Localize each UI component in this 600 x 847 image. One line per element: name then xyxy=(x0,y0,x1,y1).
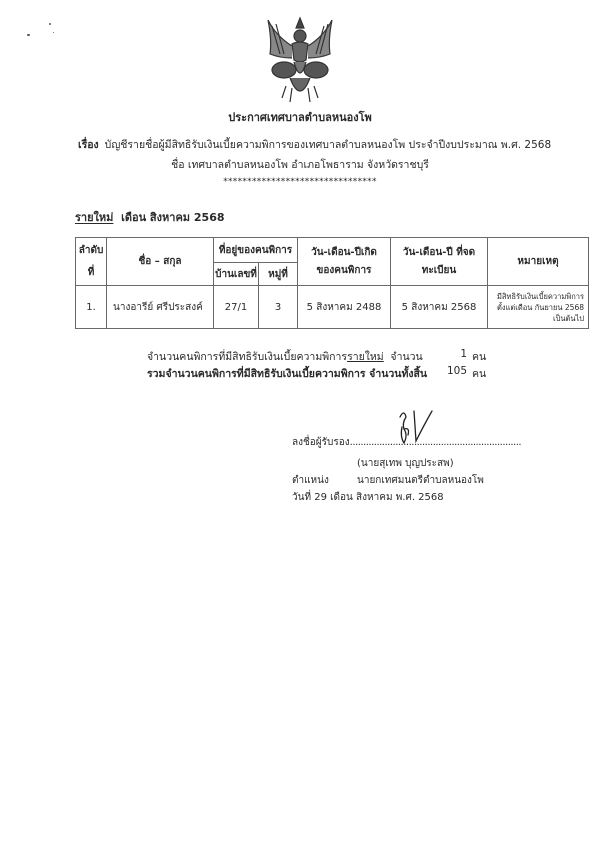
cell-remarks: มีสิทธิรับเงินเบี้ยความพิการ ตั้งแต่เดือ… xyxy=(488,286,589,329)
total-count-label: รวมจำนวนคนพิการที่มีสิทธิรับเงินเบี้ยควา… xyxy=(147,368,427,380)
new-count-unit: คน xyxy=(472,348,486,365)
total-count-line: รวมจำนวนคนพิการที่มีสิทธิรับเงินเบี้ยควา… xyxy=(147,365,497,382)
scan-speck xyxy=(53,32,54,33)
header-seq: ลำดับ ที่ xyxy=(76,238,107,286)
scan-speck xyxy=(27,34,30,36)
scan-speck xyxy=(49,23,51,25)
table-row: 1. นางอารีย์ ศรีประสงค์ 27/1 3 5 สิงหาคม… xyxy=(76,286,589,329)
subject-line: เรื่องบัญชีรายชื่อผู้มีสิทธิรับเงินเบี้ย… xyxy=(78,136,551,153)
sign-dots: ........................................… xyxy=(350,437,521,448)
certifier-name: (นายสุเทพ บุญประสพ) xyxy=(357,456,454,471)
header-birth-date: วัน-เดือน-ปีเกิด ของคนพิการ xyxy=(298,238,391,286)
new-count-underlined: รายใหม่ xyxy=(347,351,384,363)
new-count-value: 1 xyxy=(427,348,467,360)
total-count-value: 105 xyxy=(427,365,467,377)
organization-line: ชื่อ เทศบาลตำบลหนองโพ อำเภอโพธาราม จังหว… xyxy=(0,156,600,173)
new-count-label: จำนวนคนพิการที่มีสิทธิรับเงินเบี้ยความพิ… xyxy=(147,351,347,363)
header-house-no: บ้านเลขที่ xyxy=(214,263,259,286)
header-name: ชื่อ – สกุล xyxy=(107,238,214,286)
subject-label: เรื่อง xyxy=(78,139,99,151)
section-label: รายใหม่ xyxy=(75,211,113,224)
position-label: ตำแหน่ง xyxy=(292,475,329,486)
cell-name: นางอารีย์ ศรีประสงค์ xyxy=(107,286,214,329)
position-line: ตำแหน่ง นายกเทศมนตรีตำบลหนองโพ xyxy=(292,473,329,488)
section-period: เดือน สิงหาคม 2568 xyxy=(121,211,224,224)
cell-seq: 1. xyxy=(76,286,107,329)
header-remarks: หมายเหตุ xyxy=(488,238,589,286)
garuda-emblem-icon xyxy=(262,14,338,106)
cell-village-no: 3 xyxy=(259,286,298,329)
certifier-sign-line: ลงชื่อผู้รับรอง.........................… xyxy=(292,435,521,450)
beneficiary-table: ลำดับ ที่ ชื่อ – สกุล ที่อยู่ของคนพิการ … xyxy=(75,237,589,329)
new-count-suffix: จำนวน xyxy=(390,351,422,363)
position-value: นายกเทศมนตรีตำบลหนองโพ xyxy=(357,473,484,488)
separator-stars: ******************************** xyxy=(0,177,600,187)
total-count-unit: คน xyxy=(472,365,486,382)
sign-label: ลงชื่อผู้รับรอง xyxy=(292,437,350,448)
section-heading: รายใหม่ เดือน สิงหาคม 2568 xyxy=(75,208,225,226)
announcement-title: ประกาศเทศบาลตำบลหนองโพ xyxy=(0,108,600,126)
new-count-line: จำนวนคนพิการที่มีสิทธิรับเงินเบี้ยความพิ… xyxy=(147,348,497,365)
subject-text: บัญชีรายชื่อผู้มีสิทธิรับเงินเบี้ยความพิ… xyxy=(105,139,551,151)
signature-date: วันที่ 29 เดือน สิงหาคม พ.ศ. 2568 xyxy=(292,490,444,505)
cell-house-no: 27/1 xyxy=(214,286,259,329)
cell-birth-date: 5 สิงหาคม 2488 xyxy=(298,286,391,329)
header-registration-date: วัน-เดือน-ปี ที่จดทะเบียน xyxy=(391,238,488,286)
header-village-no: หมู่ที่ xyxy=(259,263,298,286)
header-address-group: ที่อยู่ของคนพิการ xyxy=(214,238,298,263)
cell-registration-date: 5 สิงหาคม 2568 xyxy=(391,286,488,329)
